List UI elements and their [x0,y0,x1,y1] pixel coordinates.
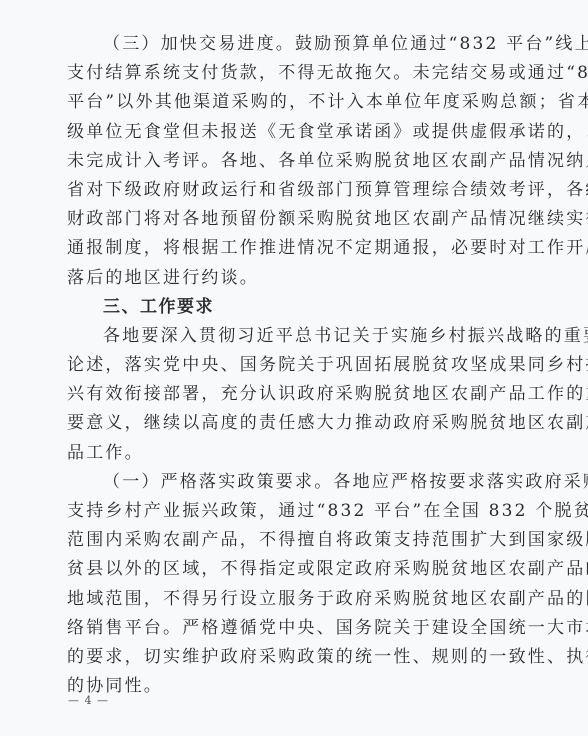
paragraph-line-17: 支持乡村产业振兴政策，通过“832 平台”在全国 832 个脱贫县 [67,497,519,526]
paragraph-line-4: 级单位无食堂但未报送《无食堂承诺函》或提供虚假承诺的，以 [67,118,519,147]
document-body: （三）加快交易进度。鼓励预算单位通过“832 平台”线上 支付结算系统支付货款，… [67,30,519,701]
page-number: — 4 — [68,694,109,707]
paragraph-line-22: 的要求，切实维护政府采购政策的统一性、规则的一致性、执行 [67,643,519,672]
paragraph-line-21: 络销售平台。严格遵循党中央、国务院关于建设全国统一大市场 [67,614,519,643]
paragraph-line-2: 支付结算系统支付货款，不得无故拖欠。未完结交易或通过“832 [67,59,519,88]
paragraph-line-14: 要意义，继续以高度的责任感大力推动政府采购脱贫地区农副产 [67,409,519,438]
paragraph-line-5: 未完成计入考评。各地、各单位采购脱贫地区农副产品情况纳入 [67,147,519,176]
paragraph-line-23: 的协同性。 [67,672,519,701]
section-heading: 三、工作要求 [67,293,519,322]
paragraph-line-15: 品工作。 [67,439,519,468]
paragraph-line-19: 贫县以外的区域，不得指定或限定政府采购脱贫地区农副产品的 [67,555,519,584]
paragraph-line-3: 平台”以外其他渠道采购的，不计入本单位年度采购总额；省本 [67,88,519,117]
paragraph-line-8: 通报制度，将根据工作推进情况不定期通报，必要时对工作开展 [67,234,519,263]
paragraph-line-20: 地域范围，不得另行设立服务于政府采购脱贫地区农副产品的网 [67,585,519,614]
paragraph-line-11: 各地要深入贯彻习近平总书记关于实施乡村振兴战略的重要 [67,322,519,351]
paragraph-line-9: 落后的地区进行约谈。 [67,264,519,293]
document-page: （三）加快交易进度。鼓励预算单位通过“832 平台”线上 支付结算系统支付货款，… [0,0,588,736]
paragraph-line-1: （三）加快交易进度。鼓励预算单位通过“832 平台”线上 [67,30,519,59]
paragraph-line-16: （一）严格落实政策要求。各地应严格按要求落实政府采购 [67,468,519,497]
paragraph-line-12: 论述，落实党中央、国务院关于巩固拓展脱贫攻坚成果同乡村振 [67,351,519,380]
paragraph-line-7: 财政部门将对各地预留份额采购脱贫地区农副产品情况继续实行 [67,205,519,234]
paragraph-line-13: 兴有效衔接部署，充分认识政府采购脱贫地区农副产品工作的重 [67,380,519,409]
paragraph-line-18: 范围内采购农副产品，不得擅自将政策支持范围扩大到国家级脱 [67,526,519,555]
paragraph-line-6: 省对下级政府财政运行和省级部门预算管理综合绩效考评，各级 [67,176,519,205]
